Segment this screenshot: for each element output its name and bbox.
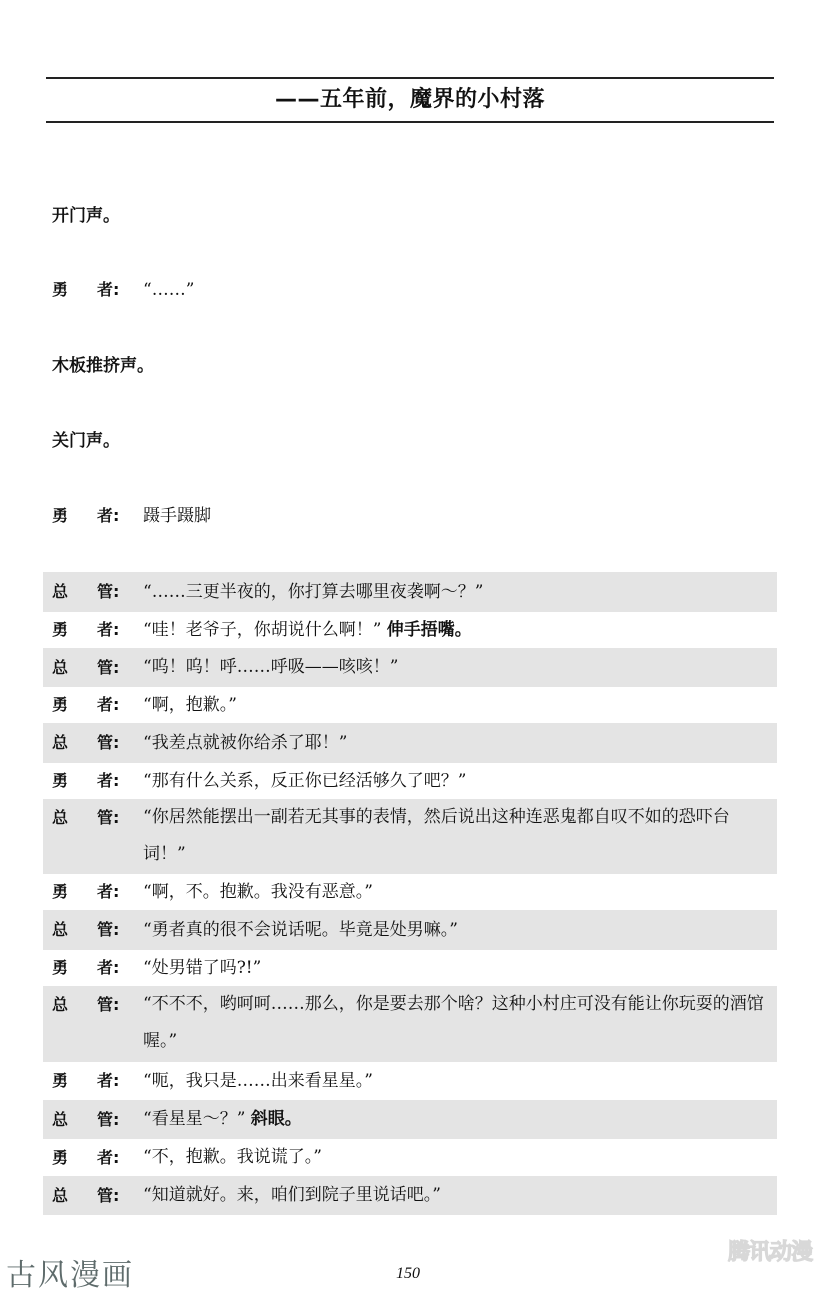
dialogue-line: 勇 者: “啊，抱歉。” — [43, 687, 777, 723]
stage-direction: 木板推挤声。 — [52, 354, 154, 378]
speaker-char-1: 总 — [43, 648, 97, 687]
speech-text: “看星星～？” 斜眼。 — [143, 1100, 777, 1139]
publisher-logo: 古风漫画 — [6, 1250, 134, 1291]
speaker-char-1: 勇 — [43, 278, 97, 302]
speech-text: “不不不，哟呵呵……那么，你是要去那个啥？这种小村庄可没有能让你玩耍的酒馆喔。” — [143, 986, 777, 1060]
title-bottom-rule — [46, 121, 774, 123]
speaker-char-2: 管: — [97, 723, 143, 763]
speaker-char-2: 者: — [97, 1139, 143, 1176]
speech-text: “……” — [143, 278, 777, 302]
speaker-char-1: 勇 — [43, 874, 97, 910]
action-text: 伸手捂嘴。 — [387, 620, 472, 640]
speech-text: “那有什么关系，反正你已经活够久了吧？” — [143, 763, 777, 799]
dialogue-line: 总 管: “……三更半夜的，你打算去哪里夜袭啊～？” — [43, 572, 777, 612]
speech-text: “哇！老爷子，你胡说什么啊！” 伸手捂嘴。 — [143, 612, 777, 648]
speech-text: “勇者真的很不会说话呢。毕竟是处男嘛。” — [143, 910, 777, 950]
speech-text: “……三更半夜的，你打算去哪里夜袭啊～？” — [143, 572, 777, 612]
speech-text: “处男错了吗?!” — [143, 950, 777, 986]
watermark-logo: 腾讯动漫 — [728, 1235, 812, 1266]
dialogue-line: 勇 者: “不，抱歉。我说谎了。” — [43, 1139, 777, 1176]
title-top-rule — [46, 77, 774, 79]
speaker-char-1: 勇 — [43, 504, 97, 528]
speaker-char-2: 者: — [97, 763, 143, 799]
page-number: 150 — [396, 1265, 420, 1283]
action-text: 斜眼。 — [251, 1109, 302, 1129]
speaker-char-2: 管: — [97, 799, 143, 836]
speaker-char-2: 管: — [97, 572, 143, 612]
dialogue-line: 总 管: “我差点就被你给杀了耶！” — [43, 723, 777, 763]
speaker-char-2: 管: — [97, 986, 143, 1023]
speech-text: 蹑手蹑脚 — [143, 504, 777, 528]
speech-text: “呃，我只是……出来看星星。” — [143, 1062, 777, 1100]
speech-text: “啊，抱歉。” — [143, 687, 777, 723]
speaker-char-1: 勇 — [43, 763, 97, 799]
speaker-char-2: 者: — [97, 612, 143, 648]
dialogue-line: 勇 者: “那有什么关系，反正你已经活够久了吧？” — [43, 763, 777, 799]
speaker-char-2: 管: — [97, 648, 143, 687]
speaker-char-2: 者: — [97, 504, 143, 528]
dialogue-line: 总 管: “知道就好。来，咱们到院子里说话吧。” — [43, 1176, 777, 1215]
speaker-char-1: 勇 — [43, 612, 97, 648]
speaker-char-1: 总 — [43, 572, 97, 612]
speaker-char-2: 者: — [97, 950, 143, 986]
speaker-char-1: 总 — [43, 1176, 97, 1215]
speaker-char-1: 勇 — [43, 1062, 97, 1100]
speech-text: “我差点就被你给杀了耶！” — [143, 723, 777, 763]
stage-direction: 关门声。 — [52, 429, 120, 453]
dialogue-line: 勇 者: “呃，我只是……出来看星星。” — [43, 1062, 777, 1100]
speaker-char-1: 总 — [43, 1100, 97, 1139]
speaker-char-2: 者: — [97, 1062, 143, 1100]
speaker-char-1: 勇 — [43, 687, 97, 723]
speaker-char-2: 者: — [97, 687, 143, 723]
chapter-title: ——五年前，魔界的小村落 — [46, 82, 774, 118]
dialogue-line: 勇 者: “……” — [43, 278, 777, 302]
speaker-char-2: 管: — [97, 1100, 143, 1139]
speech-text: “不，抱歉。我说谎了。” — [143, 1139, 777, 1176]
speech-text: “呜！呜！呼……呼吸——咳咳！” — [143, 648, 777, 687]
dialogue-line: 勇 者: “哇！老爷子，你胡说什么啊！” 伸手捂嘴。 — [43, 612, 777, 648]
speaker-char-2: 者: — [97, 874, 143, 910]
speaker-char-2: 管: — [97, 910, 143, 950]
dialogue-line: 总 管: “勇者真的很不会说话呢。毕竟是处男嘛。” — [43, 910, 777, 950]
speaker-char-1: 总 — [43, 723, 97, 763]
speech-text: “啊，不。抱歉。我没有恶意。” — [143, 874, 777, 910]
speaker-char-1: 勇 — [43, 950, 97, 986]
dialogue-line: 总 管: “不不不，哟呵呵……那么，你是要去那个啥？这种小村庄可没有能让你玩耍的… — [43, 986, 777, 1062]
speech-text: “你居然能摆出一副若无其事的表情，然后说出这种连恶鬼都自叹不如的恐吓台词！” — [143, 799, 777, 873]
speaker-char-1: 总 — [43, 986, 97, 1023]
speaker-char-1: 总 — [43, 910, 97, 950]
stage-direction: 开门声。 — [52, 204, 120, 228]
speaker-char-1: 总 — [43, 799, 97, 836]
dialogue-line: 勇 者: 蹑手蹑脚 — [43, 504, 777, 528]
dialogue-line: 总 管: “你居然能摆出一副若无其事的表情，然后说出这种连恶鬼都自叹不如的恐吓台… — [43, 799, 777, 874]
speaker-char-1: 勇 — [43, 1139, 97, 1176]
dialogue-line: 勇 者: “处男错了吗?!” — [43, 950, 777, 986]
dialogue-line: 勇 者: “啊，不。抱歉。我没有恶意。” — [43, 874, 777, 910]
dialogue-line: 总 管: “呜！呜！呼……呼吸——咳咳！” — [43, 648, 777, 687]
speaker-char-2: 管: — [97, 1176, 143, 1215]
speaker-char-2: 者: — [97, 278, 143, 302]
speech-text: “知道就好。来，咱们到院子里说话吧。” — [143, 1176, 777, 1215]
dialogue-line: 总 管: “看星星～？” 斜眼。 — [43, 1100, 777, 1139]
